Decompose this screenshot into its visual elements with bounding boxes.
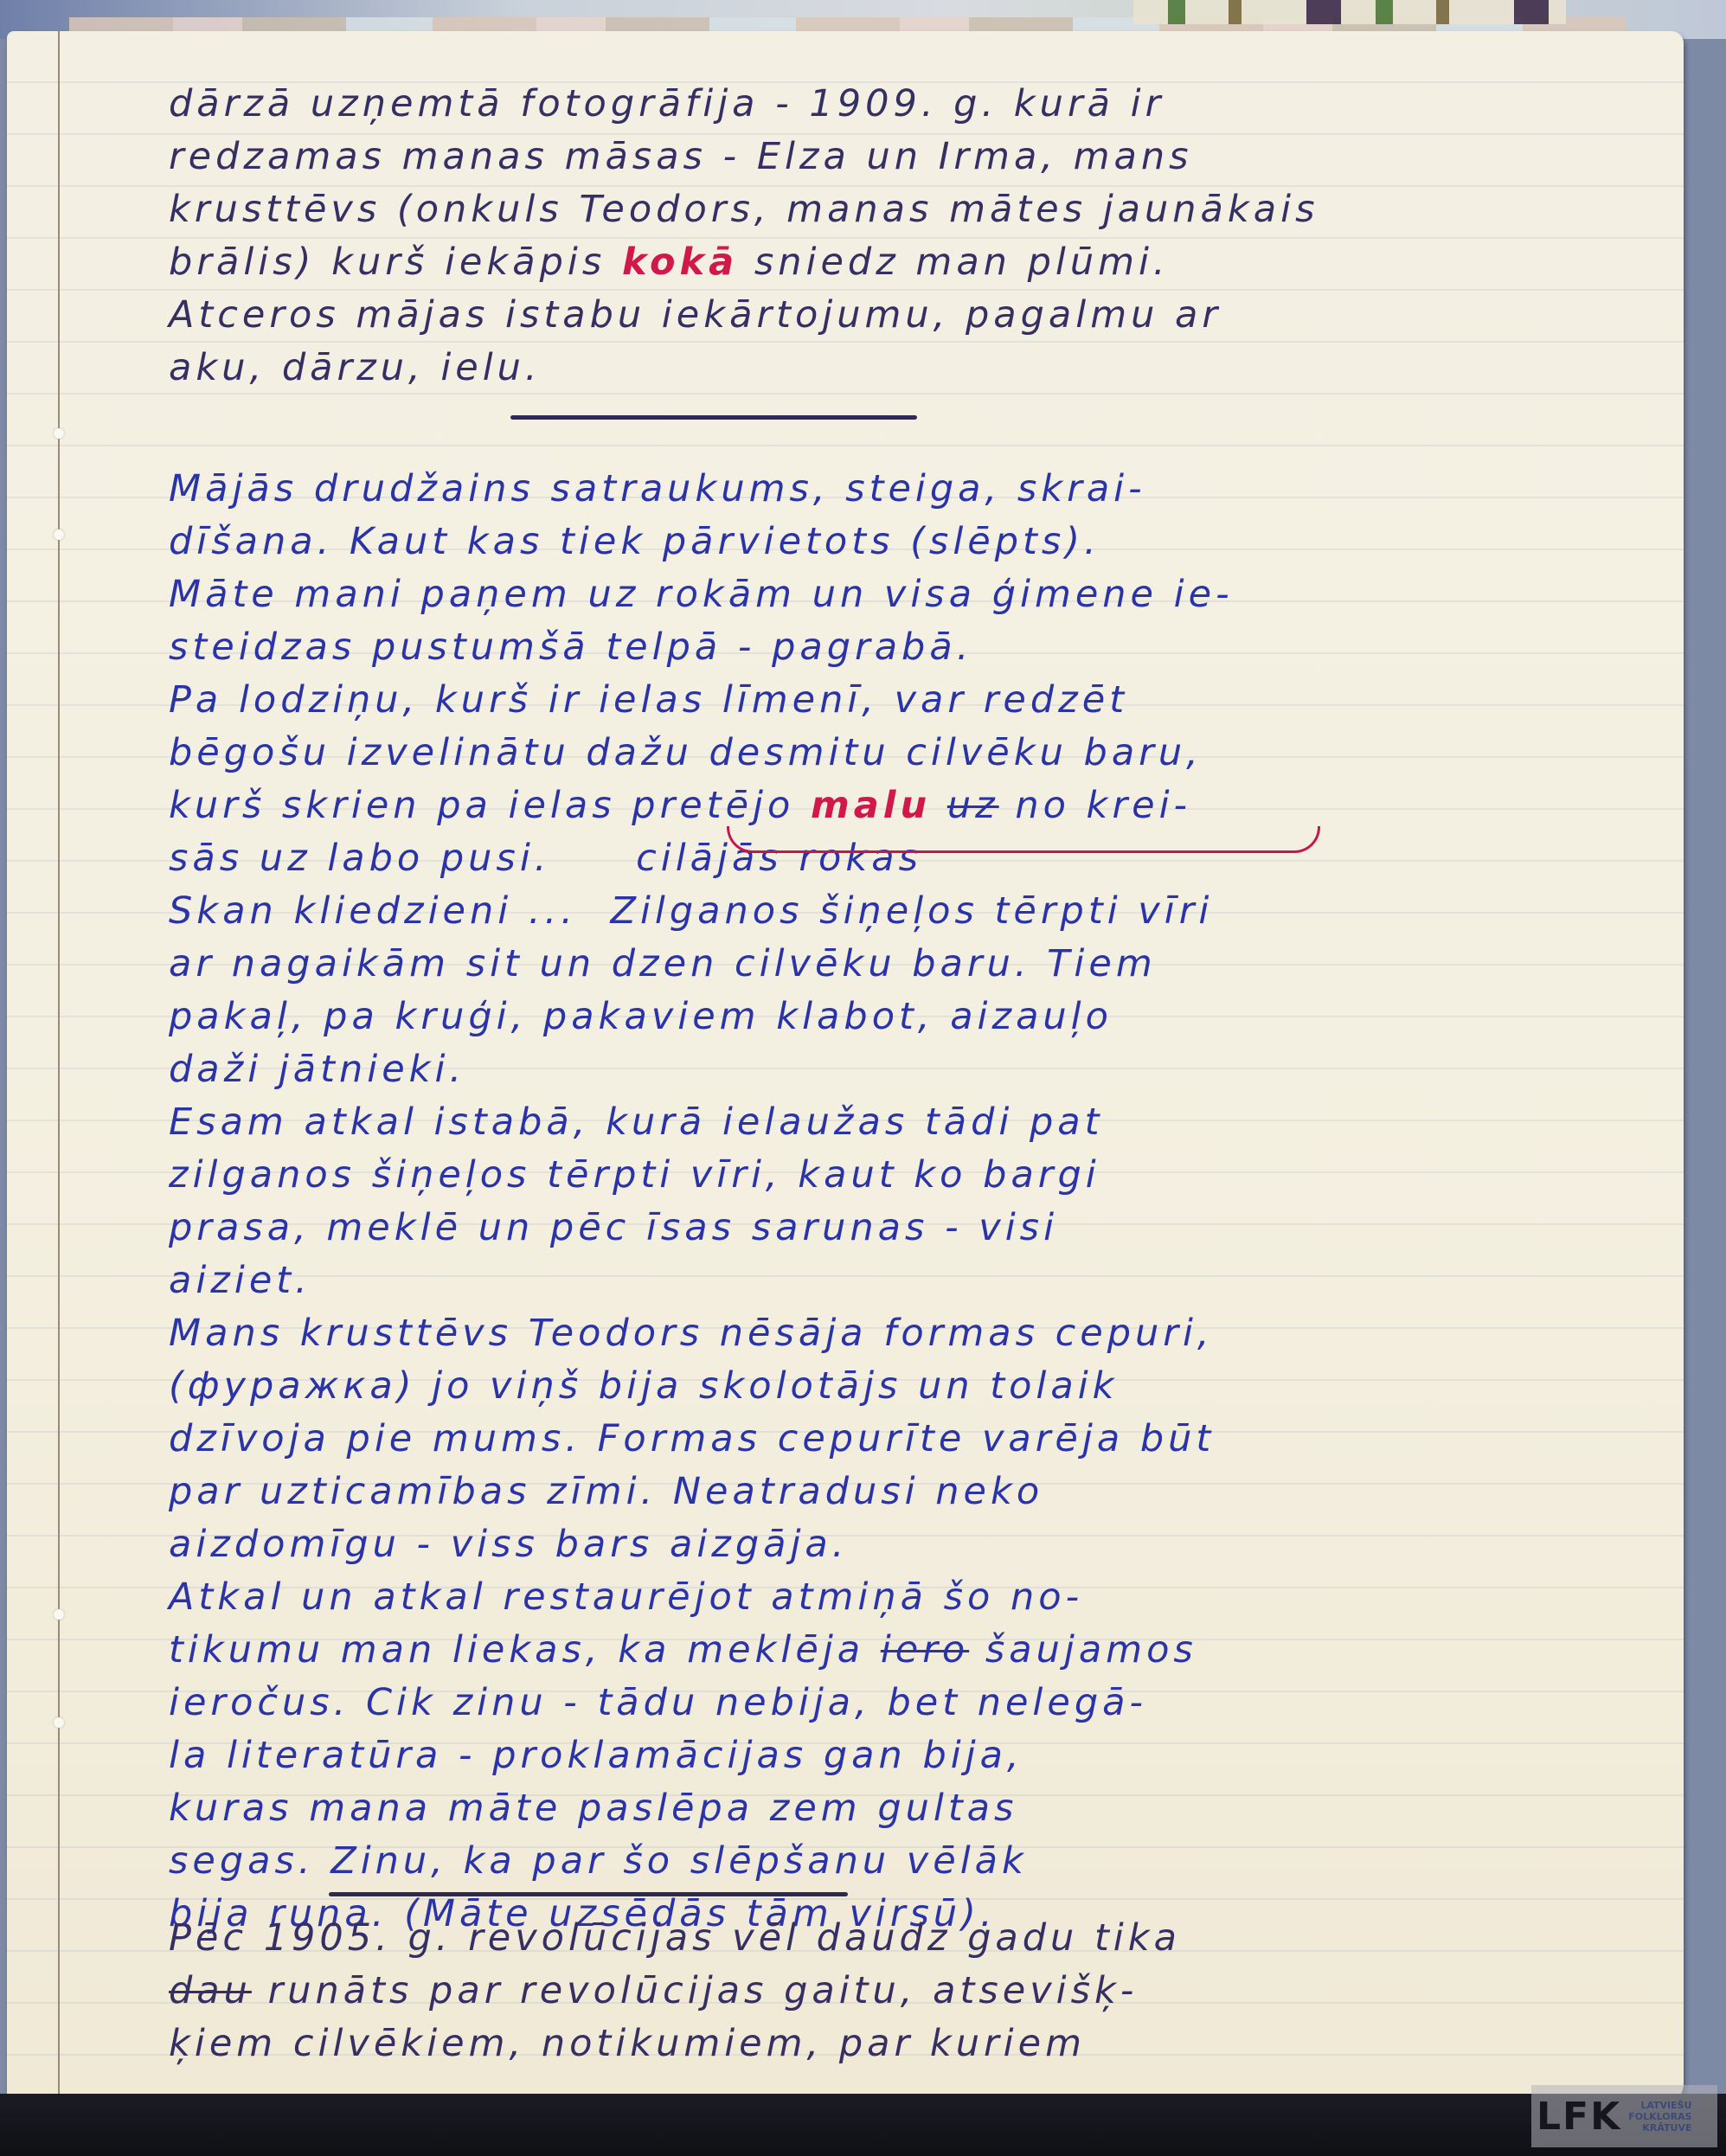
section-divider <box>329 1892 848 1896</box>
section-1: dārzā uzņemtā fotogrāfija - 1909. g. kur… <box>169 78 1319 395</box>
text-line: dau runāts par revolūcijas gaitu, atsevi… <box>169 1965 1181 2018</box>
text-fragment: runāts par revolūcijas gaitu, atsevišķ- <box>268 1969 1139 2012</box>
text-line: aiziet. <box>169 1254 1234 1307</box>
background-illustration <box>1133 0 1566 24</box>
text-line: Māte mani paņem uz rokām un visa ģimene … <box>169 568 1234 621</box>
text-line: aizdomīgu - viss bars aizgāja. <box>169 1518 1234 1571</box>
text-line: krusttēvs (onkuls Teodors, manas mātes j… <box>169 183 1319 236</box>
text-line: la literatūra - proklamācijas gan bija, <box>169 1729 1234 1782</box>
text-line: bēgošu izvelinātu dažu desmitu cilvēku b… <box>169 727 1234 780</box>
section-2: Mājās drudžains satraukums, steiga, skra… <box>169 463 1234 1941</box>
text-line: brālis) kurš iekāpis kokā sniedz man plū… <box>169 236 1319 289</box>
struck-text: iero <box>881 1628 969 1672</box>
text-line: tikumu man liekas, ka meklēja iero šauja… <box>169 1624 1234 1677</box>
text-line: kuras mana māte paslēpa zem gultas <box>169 1782 1234 1835</box>
struck-text: dau <box>169 1969 252 2012</box>
text-line: Pēc 1905. g. revolūcijas vēl daudz gadu … <box>169 1912 1181 1965</box>
text-fragment: Zilganos šiņeļos tērpti vīri <box>611 889 1214 933</box>
struck-text: uz <box>947 784 999 827</box>
background-bottom <box>0 2094 1726 2156</box>
section-divider <box>510 415 917 420</box>
text-line: Esam atkal istabā, kurā ielaužas tādi pa… <box>169 1096 1234 1149</box>
text-fragment: sās uz labo pusi. <box>169 837 550 880</box>
text-line: ieročus. Cik zinu - tādu nebija, bet nel… <box>169 1677 1234 1729</box>
binding-stitch <box>54 1609 64 1620</box>
text-line: dīšana. Kaut kas tiek pārvietots (slēpts… <box>169 516 1234 568</box>
correction-text: malu <box>811 784 931 827</box>
text-line: ar nagaikām sit un dzen cilvēku baru. Ti… <box>169 938 1234 991</box>
text-line: pakaļ, pa kruģi, pakaviem klabot, aizauļ… <box>169 991 1234 1043</box>
text-line: daži jātnieki. <box>169 1043 1234 1096</box>
text-line: Mājās drudžains satraukums, steiga, skra… <box>169 463 1234 516</box>
binding-stitch <box>54 529 64 540</box>
text-line: zilganos šiņeļos tērpti vīri, kaut ko ba… <box>169 1149 1234 1202</box>
binding-fold <box>58 31 60 2106</box>
binding-stitch <box>54 1717 64 1728</box>
text-fragment: tikumu man liekas, ka meklēja <box>169 1628 864 1672</box>
text-fragment: Skan kliedzieni ... <box>169 889 577 933</box>
text-line: dārzā uzņemtā fotogrāfija - 1909. g. kur… <box>169 78 1319 131</box>
text-line: kurš skrien pa ielas pretējo malu uz no … <box>169 780 1234 832</box>
archive-watermark: LFK LATVIEŠU FOLKLORAS KRĀTUVE <box>1531 2085 1717 2147</box>
text-line: Mans krusttēvs Teodors nēsāja formas cep… <box>169 1307 1234 1360</box>
text-line: prasa, meklē un pēc īsas sarunas - visi <box>169 1202 1234 1254</box>
text-line: dzīvoja pie mums. Formas cepurīte varēja… <box>169 1413 1234 1466</box>
lfk-logo: LFK <box>1537 2095 1621 2139</box>
section-3: Pēc 1905. g. revolūcijas vēl daudz gadu … <box>169 1912 1181 2070</box>
text-line: Pa lodziņu, kurš ir ielas līmenī, var re… <box>169 674 1234 727</box>
text-line: Atceros mājas istabu iekārtojumu, pagalm… <box>169 289 1319 342</box>
text-line: (фуражка) jo viņš bija skolotājs un tola… <box>169 1360 1234 1413</box>
text-line: redzamas manas māsas - Elza un Irma, man… <box>169 131 1319 183</box>
text-line: ķiem cilvēkiem, notikumiem, par kuriem <box>169 2018 1181 2070</box>
text-line: Atkal un atkal restaurējot atmiņā šo no- <box>169 1571 1234 1624</box>
text-fragment: no krei- <box>1015 784 1191 827</box>
text-fragment: kurš skrien pa ielas pretējo <box>169 784 794 827</box>
text-line: par uzticamības zīmi. Neatradusi neko <box>169 1466 1234 1518</box>
text-fragment: šaujamos <box>985 1628 1197 1672</box>
insertion-mark <box>727 826 1320 853</box>
correction-text: kokā <box>622 241 738 284</box>
archive-name: LATVIEŠU FOLKLORAS KRĀTUVE <box>1628 2100 1691 2134</box>
text-line: aku, dārzu, ielu. <box>169 342 1319 395</box>
text-fragment: sniedz man plūmi. <box>754 241 1170 284</box>
text-line: Skan kliedzieni ... Zilganos šiņeļos tēr… <box>169 885 1234 938</box>
text-line: steidzas pustumšā telpā - pagrabā. <box>169 621 1234 674</box>
binding-stitch <box>54 428 64 439</box>
text-line: segas. Zinu, ka par šo slēpšanu vēlāk <box>169 1835 1234 1888</box>
text-fragment: brālis) kurš iekāpis <box>169 241 606 284</box>
